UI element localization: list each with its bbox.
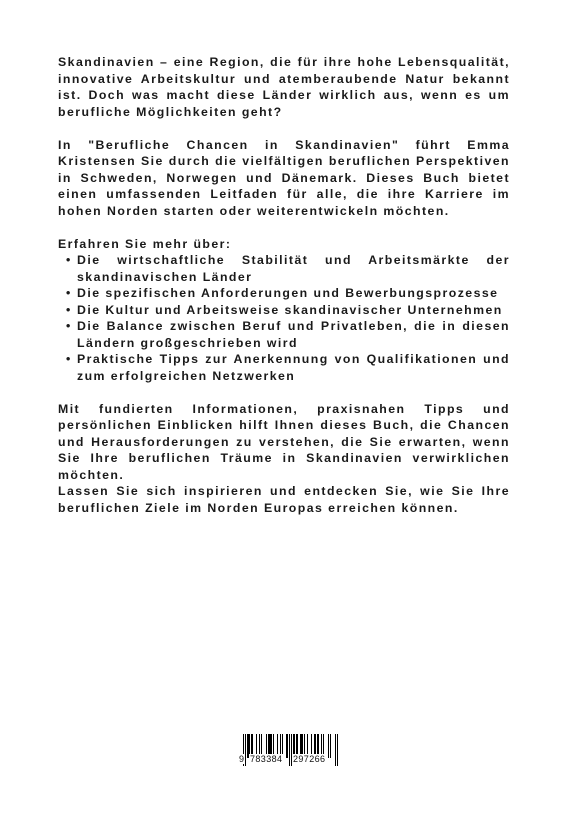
list-item-text: Praktische Tipps zur Anerkennung von Qua… xyxy=(77,352,510,383)
bullet-icon: • xyxy=(66,351,72,368)
list-item: •Die Kultur und Arbeitsweise skandinavis… xyxy=(66,302,510,319)
bullet-icon: • xyxy=(66,318,72,335)
isbn-barcode: 9 783384 297266 xyxy=(240,734,340,770)
list-item-text: Die Kultur und Arbeitsweise skandinavisc… xyxy=(77,303,503,317)
paragraph-spacer xyxy=(58,120,510,137)
bullet-icon: • xyxy=(66,285,72,302)
paragraph-spacer xyxy=(58,219,510,236)
list-item-text: Die Balance zwischen Beruf und Privatleb… xyxy=(77,319,510,350)
barcode-bars-icon xyxy=(240,734,340,770)
list-item-text: Die wirtschaftliche Stabilität und Arbei… xyxy=(77,253,510,284)
book-description-paragraph: In "Berufliche Chancen in Skandinavien" … xyxy=(58,137,510,220)
barcode-right-digits: 297266 xyxy=(292,754,326,764)
list-item-text: Die spezifischen Anforderungen und Bewer… xyxy=(77,286,498,300)
list-item: •Die Balance zwischen Beruf und Privatle… xyxy=(66,318,510,351)
list-intro: Erfahren Sie mehr über: xyxy=(58,236,510,253)
closing-paragraph: Lassen Sie sich inspirieren und entdecke… xyxy=(58,483,510,516)
barcode-left-digits: 783384 xyxy=(249,754,283,764)
bullet-icon: • xyxy=(66,302,72,319)
barcode-lead-digit: 9 xyxy=(238,754,245,764)
intro-paragraph: Skandinavien – eine Region, die für ihre… xyxy=(58,54,510,120)
list-item: •Praktische Tipps zur Anerkennung von Qu… xyxy=(66,351,510,384)
paragraph-spacer xyxy=(58,384,510,401)
benefits-paragraph: Mit fundierten Informationen, praxisnahe… xyxy=(58,401,510,484)
bullet-icon: • xyxy=(66,252,72,269)
topics-list: •Die wirtschaftliche Stabilität und Arbe… xyxy=(58,252,510,384)
list-item: •Die spezifischen Anforderungen und Bewe… xyxy=(66,285,510,302)
list-item: •Die wirtschaftliche Stabilität und Arbe… xyxy=(66,252,510,285)
back-cover-text: Skandinavien – eine Region, die für ihre… xyxy=(58,54,510,516)
